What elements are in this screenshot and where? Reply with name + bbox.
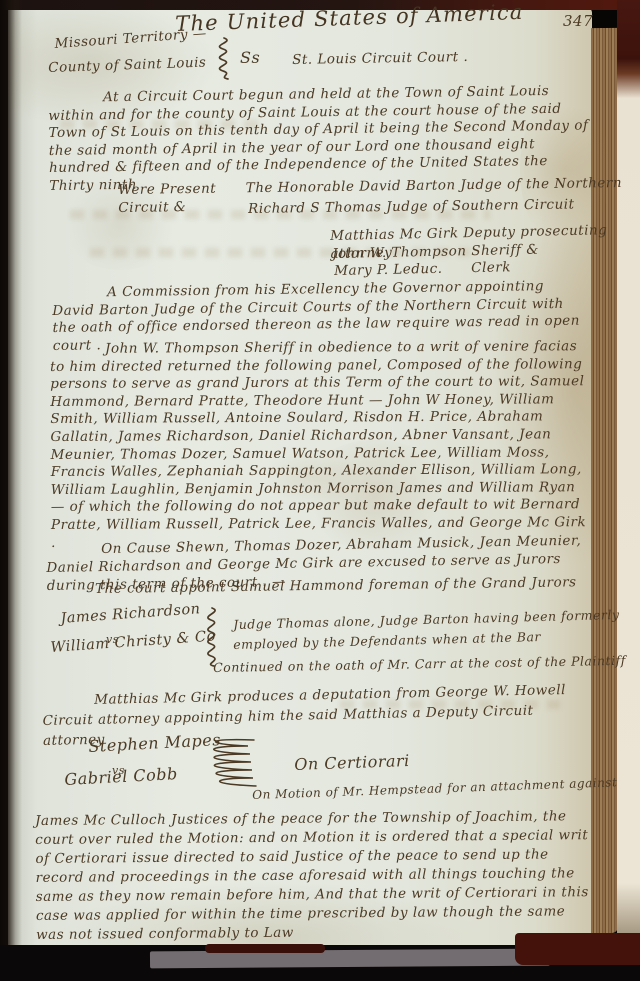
venue-court: St. Louis Circuit Court .	[292, 49, 468, 70]
case2-body-paragraph: James Mc Culloch Justices of the peace f…	[35, 807, 592, 945]
brace-squiggle	[208, 36, 236, 80]
book-page-edges	[591, 28, 618, 933]
venue-ss: Ss	[240, 49, 260, 67]
page-number: 347	[563, 13, 593, 31]
case2-heading: On Certiorari	[294, 752, 410, 774]
book-gutter-shadow	[0, 0, 22, 981]
officer-clerk: Mary P. Leduc. Clerk	[334, 259, 511, 280]
present-label: Were Present	[118, 181, 216, 198]
manuscript-photo: The United States of America 347 Missour…	[0, 0, 640, 981]
book-cover-bottom-sliver	[205, 944, 325, 953]
venire-paragraph: John W. Thompson Sheriff in obedience to…	[50, 338, 591, 552]
case2-coil-squiggle	[196, 736, 260, 792]
book-outer-page-stack	[617, 0, 640, 981]
